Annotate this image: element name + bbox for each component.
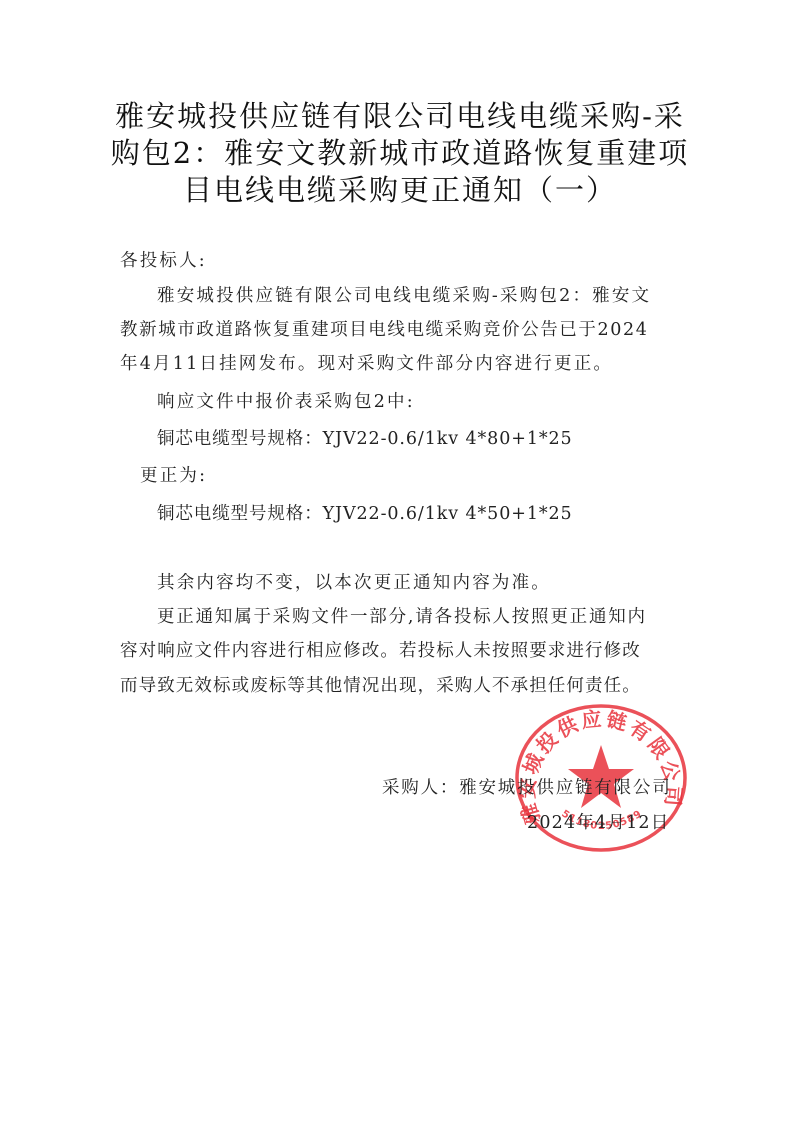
title-line-2: 购包2：雅安文教新城市政道路恢复重建项	[100, 135, 700, 172]
salutation: 各投标人:	[120, 250, 207, 272]
closing-line-3: 而导致无效标或废标等其他情况出现，采购人不承担任何责任。	[120, 675, 641, 697]
date: 2024年4月12日	[527, 812, 669, 834]
signature: 采购人：雅安城投供应链有限公司	[382, 777, 672, 799]
title-line-1: 雅安城投供应链有限公司电线电缆采购-采	[100, 98, 700, 135]
corrected-spec: 铜芯电缆型号规格：YJV22-0.6/1kv 4*50+1*25	[157, 503, 573, 525]
unchanged-note: 其余内容均不变，以本次更正通知内容为准。	[157, 572, 551, 594]
intro-line-3: 年4月11日挂网发布。现对采购文件部分内容进行更正。	[120, 353, 613, 375]
intro-line-1: 雅安城投供应链有限公司电线电缆采购-采购包2：雅安文	[157, 285, 651, 307]
intro-line-2: 教新城市政道路恢复重建项目电线电缆采购竞价公告已于2024	[120, 319, 648, 341]
original-label: 响应文件中报价表采购包2中:	[157, 391, 415, 413]
title-line-3: 目电线电缆采购更正通知（一）	[100, 172, 700, 209]
closing-line-2: 容对响应文件内容进行相应修改。若投标人未按照要求进行修改	[120, 640, 641, 662]
closing-line-1: 更正通知属于采购文件一部分,请各投标人按照更正通知内	[157, 606, 647, 628]
corrected-label: 更正为:	[140, 465, 207, 487]
original-spec: 铜芯电缆型号规格：YJV22-0.6/1kv 4*80+1*25	[157, 428, 573, 450]
notice-title: 雅安城投供应链有限公司电线电缆采购-采 购包2：雅安文教新城市政道路恢复重建项 …	[100, 98, 700, 209]
